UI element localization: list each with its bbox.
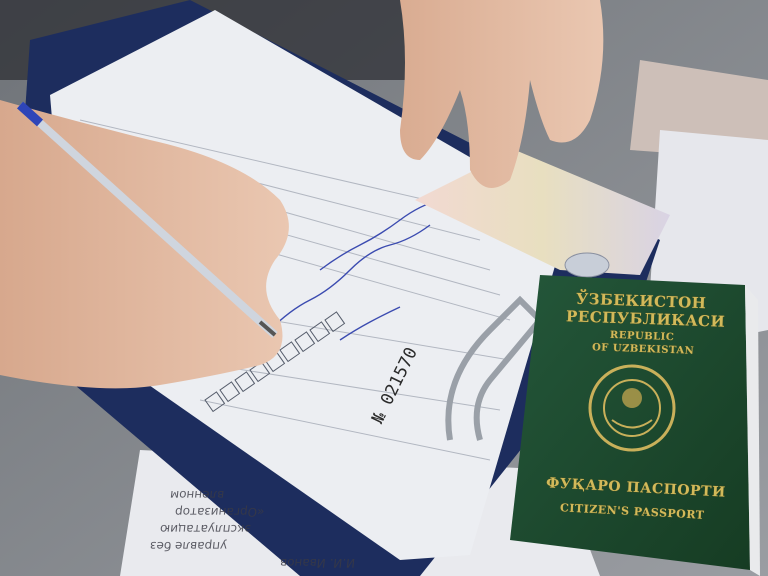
bottom-doc-line: эксплуатацию [159, 522, 251, 536]
bottom-doc-line: «Организатор [174, 505, 265, 519]
bottom-doc-line: вленном [169, 488, 225, 502]
bottom-doc-line: И.И. Иванов [279, 556, 356, 570]
bottom-doc-line: управле без [149, 539, 228, 553]
passport-republic-english: REPUBLIC [610, 330, 675, 343]
